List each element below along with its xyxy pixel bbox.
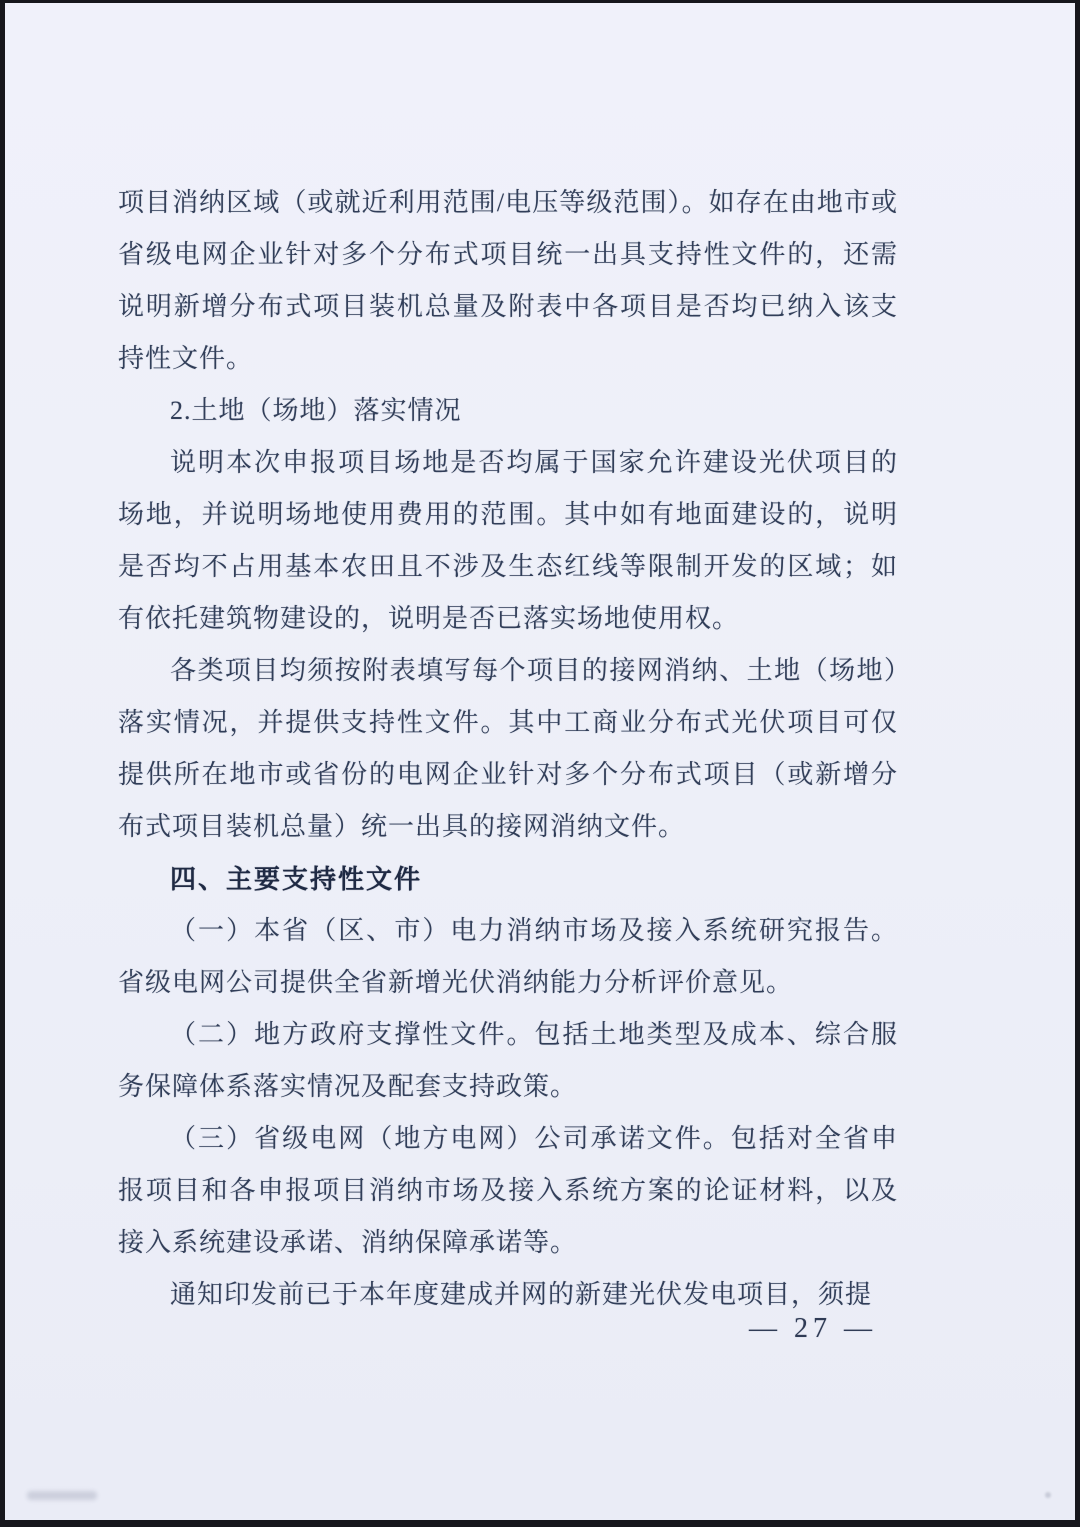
paragraph: 各类项目均须按附表填写每个项目的接网消纳、土地（场地）落实情况，并提供支持性文件… (118, 645, 898, 853)
document-page: 项目消纳区域（或就近利用范围/电压等级范围）。如存在由地市或省级电网企业针对多个… (5, 3, 1075, 1520)
paragraph: 说明本次申报项目场地是否均属于国家允许建设光伏项目的场地，并说明场地使用费用的范… (118, 437, 898, 645)
scan-smudge-artifact (27, 1491, 97, 1500)
scan-dot-artifact (1045, 1492, 1051, 1498)
paragraph: （二）地方政府支撑性文件。包括土地类型及成本、综合服务保障体系落实情况及配套支持… (118, 1009, 898, 1113)
paragraph: 项目消纳区域（或就近利用范围/电压等级范围）。如存在由地市或省级电网企业针对多个… (118, 177, 898, 385)
document-body: 项目消纳区域（或就近利用范围/电压等级范围）。如存在由地市或省级电网企业针对多个… (118, 177, 898, 1321)
paragraph: （三）省级电网（地方电网）公司承诺文件。包括对全省申报项目和各申报项目消纳市场及… (118, 1113, 898, 1269)
paragraph: 2.土地（场地）落实情况 (118, 385, 898, 437)
paragraph: （一）本省（区、市）电力消纳市场及接入系统研究报告。省级电网公司提供全省新增光伏… (118, 905, 898, 1009)
scanned-document-page: { "page": { "number_label": "— 27 —", "b… (0, 0, 1080, 1527)
page-number: — 27 — (749, 1309, 877, 1349)
section-heading: 四、主要支持性文件 (118, 853, 898, 905)
